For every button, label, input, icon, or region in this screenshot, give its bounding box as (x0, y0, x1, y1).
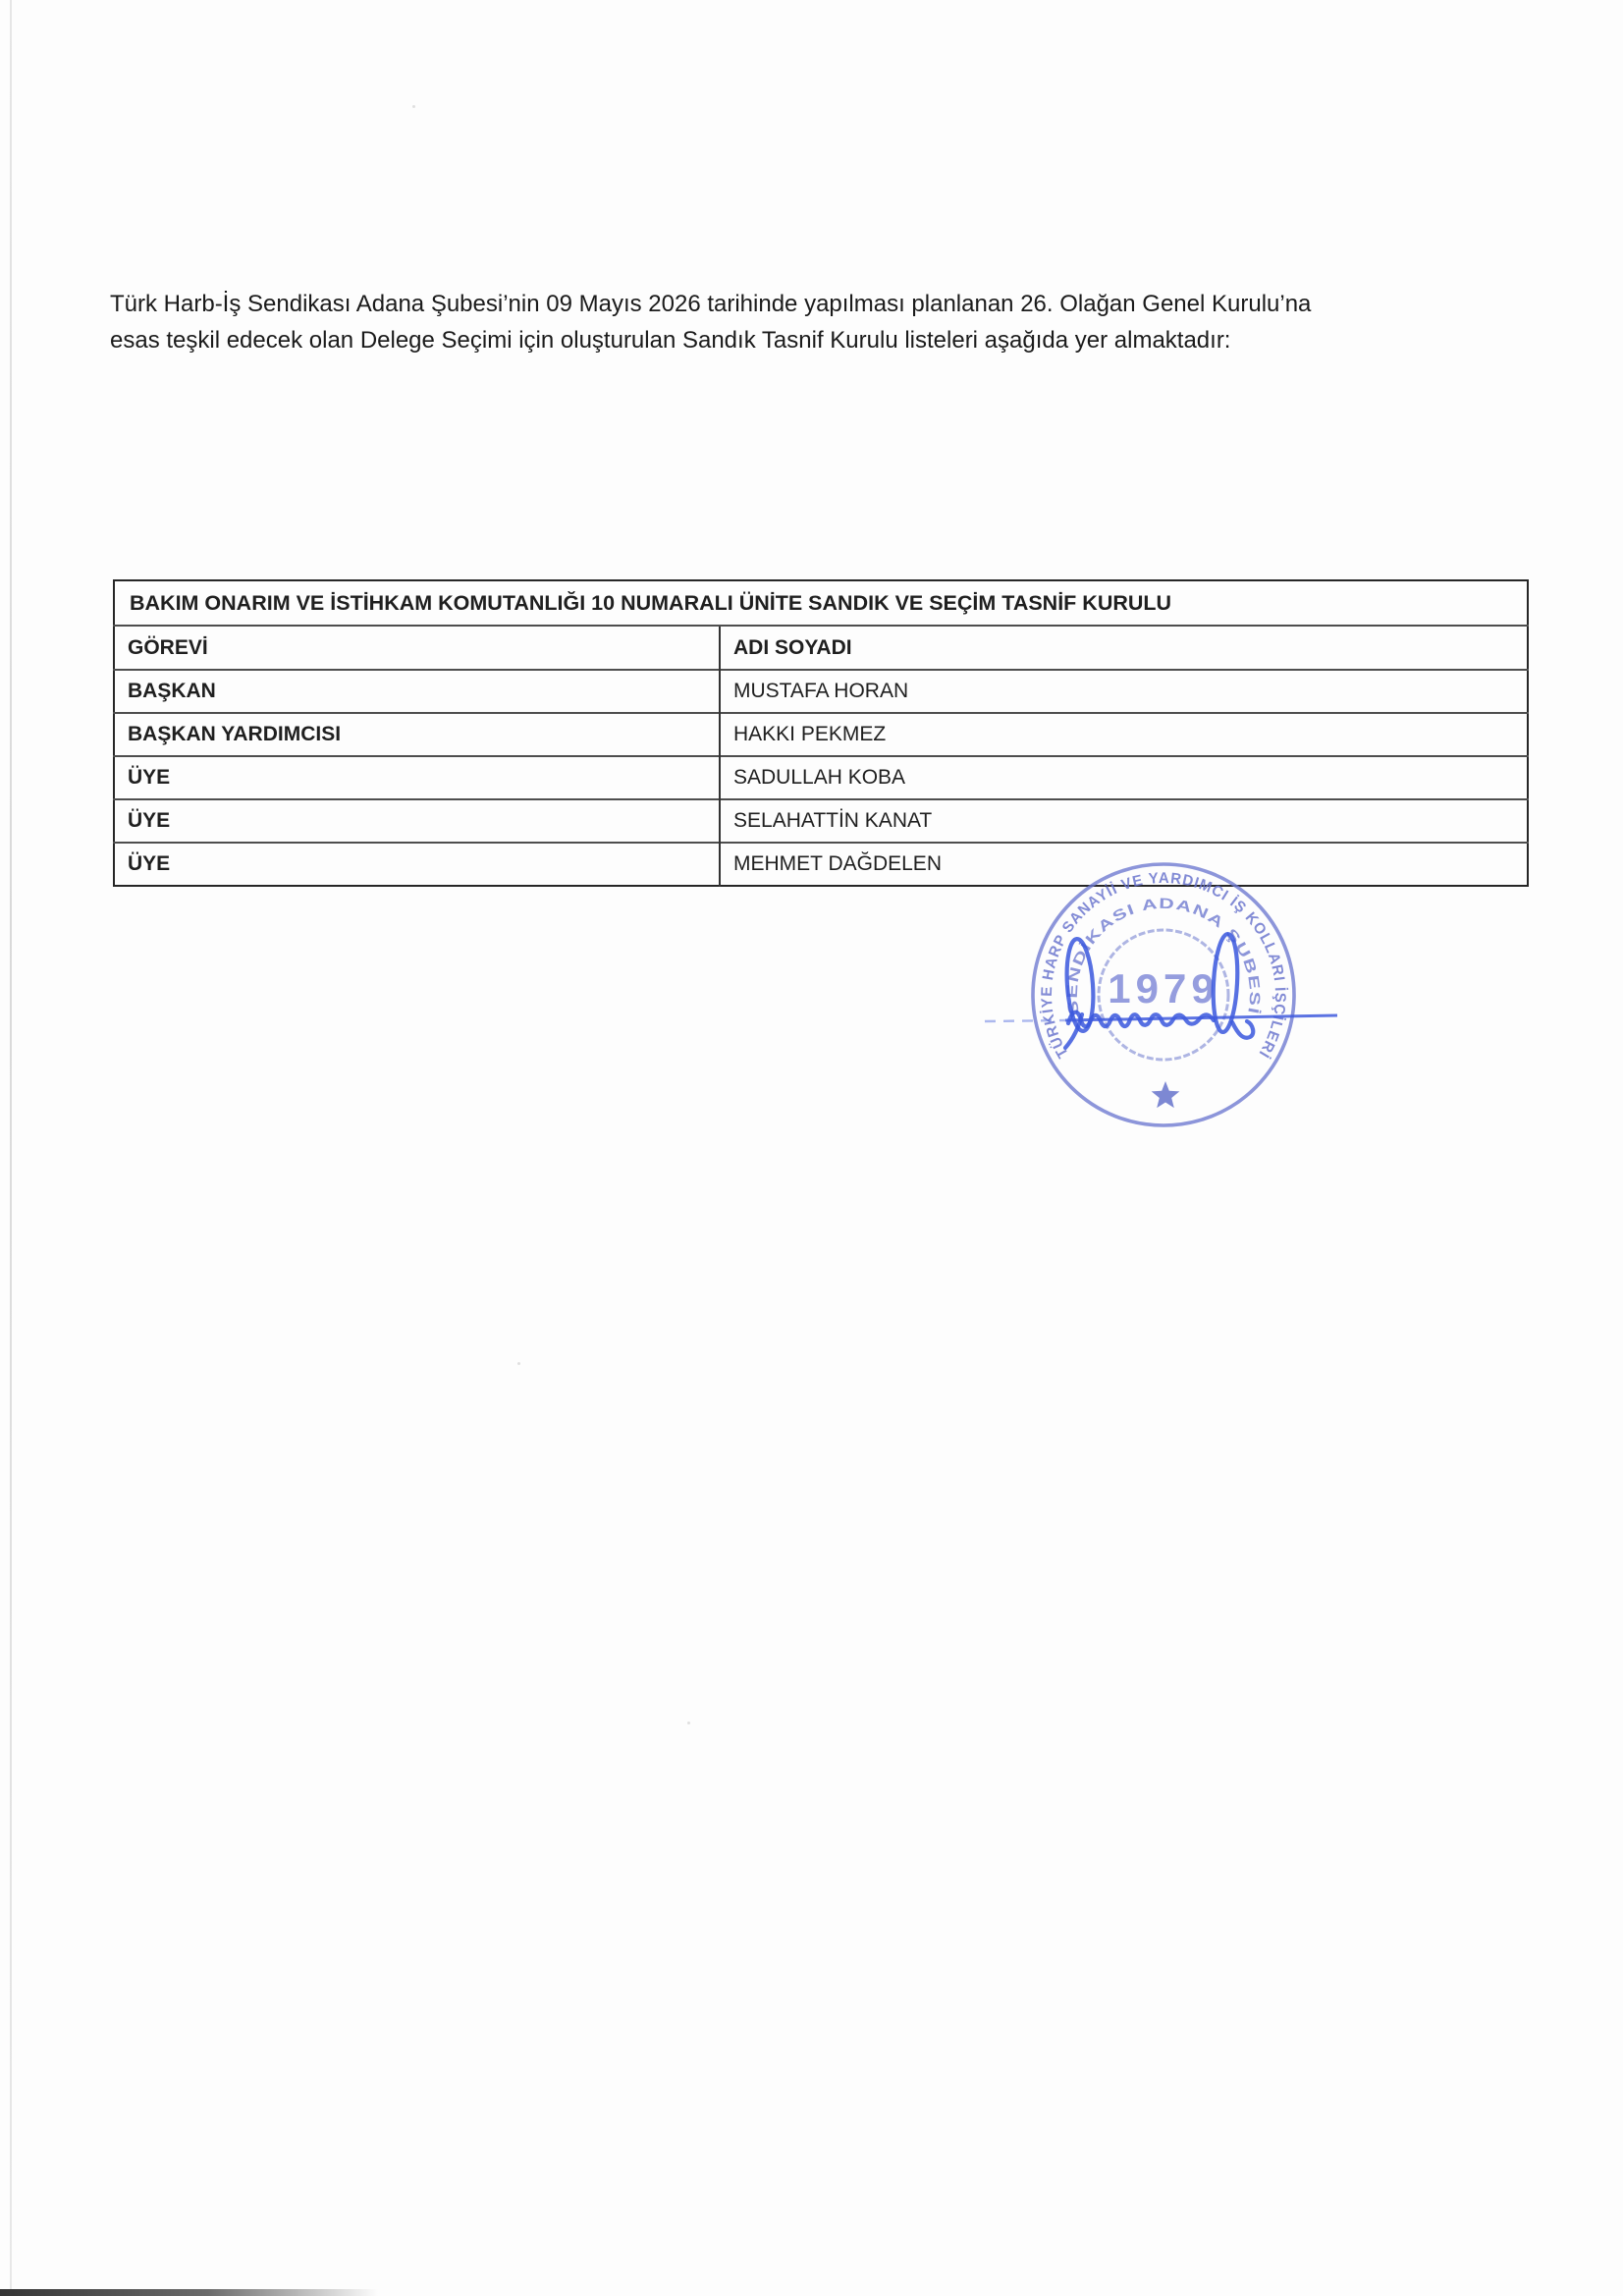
role-cell: BAŞKAN YARDIMCISI (114, 713, 720, 756)
union-stamp-svg: TÜRKİYE HARP SANAYİİ VE YARDIMCI İŞ KOLL… (952, 847, 1365, 1154)
name-cell: SADULLAH KOBA (720, 756, 1528, 799)
intro-paragraph: Türk Harb-İş Sendikası Adana Şubesi’nin … (110, 286, 1543, 358)
table-row: ÜYE SELAHATTİN KANAT (114, 799, 1528, 843)
role-cell: ÜYE (114, 756, 720, 799)
role-cell: BAŞKAN (114, 670, 720, 713)
role-cell: ÜYE (114, 799, 720, 843)
name-cell: HAKKI PEKMEZ (720, 713, 1528, 756)
table-title-row: BAKIM ONARIM VE İSTİHKAM KOMUTANLIĞI 10 … (114, 580, 1528, 626)
name-cell: MUSTAFA HORAN (720, 670, 1528, 713)
table-header-row: GÖREVİ ADI SOYADI (114, 626, 1528, 670)
scanned-document-page: Türk Harb-İş Sendikası Adana Şubesi’nin … (0, 0, 1623, 2296)
intro-line-2: esas teşkil edecek olan Delege Seçimi iç… (110, 322, 1543, 358)
table-row: ÜYE SADULLAH KOBA (114, 756, 1528, 799)
union-stamp-and-signature: TÜRKİYE HARP SANAYİİ VE YARDIMCI İŞ KOLL… (952, 847, 1365, 1154)
scan-speck (517, 1362, 520, 1365)
role-cell: ÜYE (114, 843, 720, 886)
committee-table: BAKIM ONARIM VE İSTİHKAM KOMUTANLIĞI 10 … (113, 579, 1529, 887)
stamp-year: 1979 (1108, 965, 1218, 1011)
table-row: BAŞKAN YARDIMCISI HAKKI PEKMEZ (114, 713, 1528, 756)
scan-artifact-bottom-edge (0, 2289, 378, 2296)
column-header-adi-soyadi: ADI SOYADI (720, 626, 1528, 670)
scan-speck (687, 1722, 690, 1724)
scan-artifact-left-edge (10, 0, 12, 2296)
column-header-gorevi: GÖREVİ (114, 626, 720, 670)
scan-speck (412, 105, 415, 108)
name-cell: SELAHATTİN KANAT (720, 799, 1528, 843)
table-title: BAKIM ONARIM VE İSTİHKAM KOMUTANLIĞI 10 … (114, 580, 1528, 626)
intro-line-1: Türk Harb-İş Sendikası Adana Şubesi’nin … (110, 286, 1543, 322)
table-row: BAŞKAN MUSTAFA HORAN (114, 670, 1528, 713)
star-icon (1152, 1081, 1180, 1108)
